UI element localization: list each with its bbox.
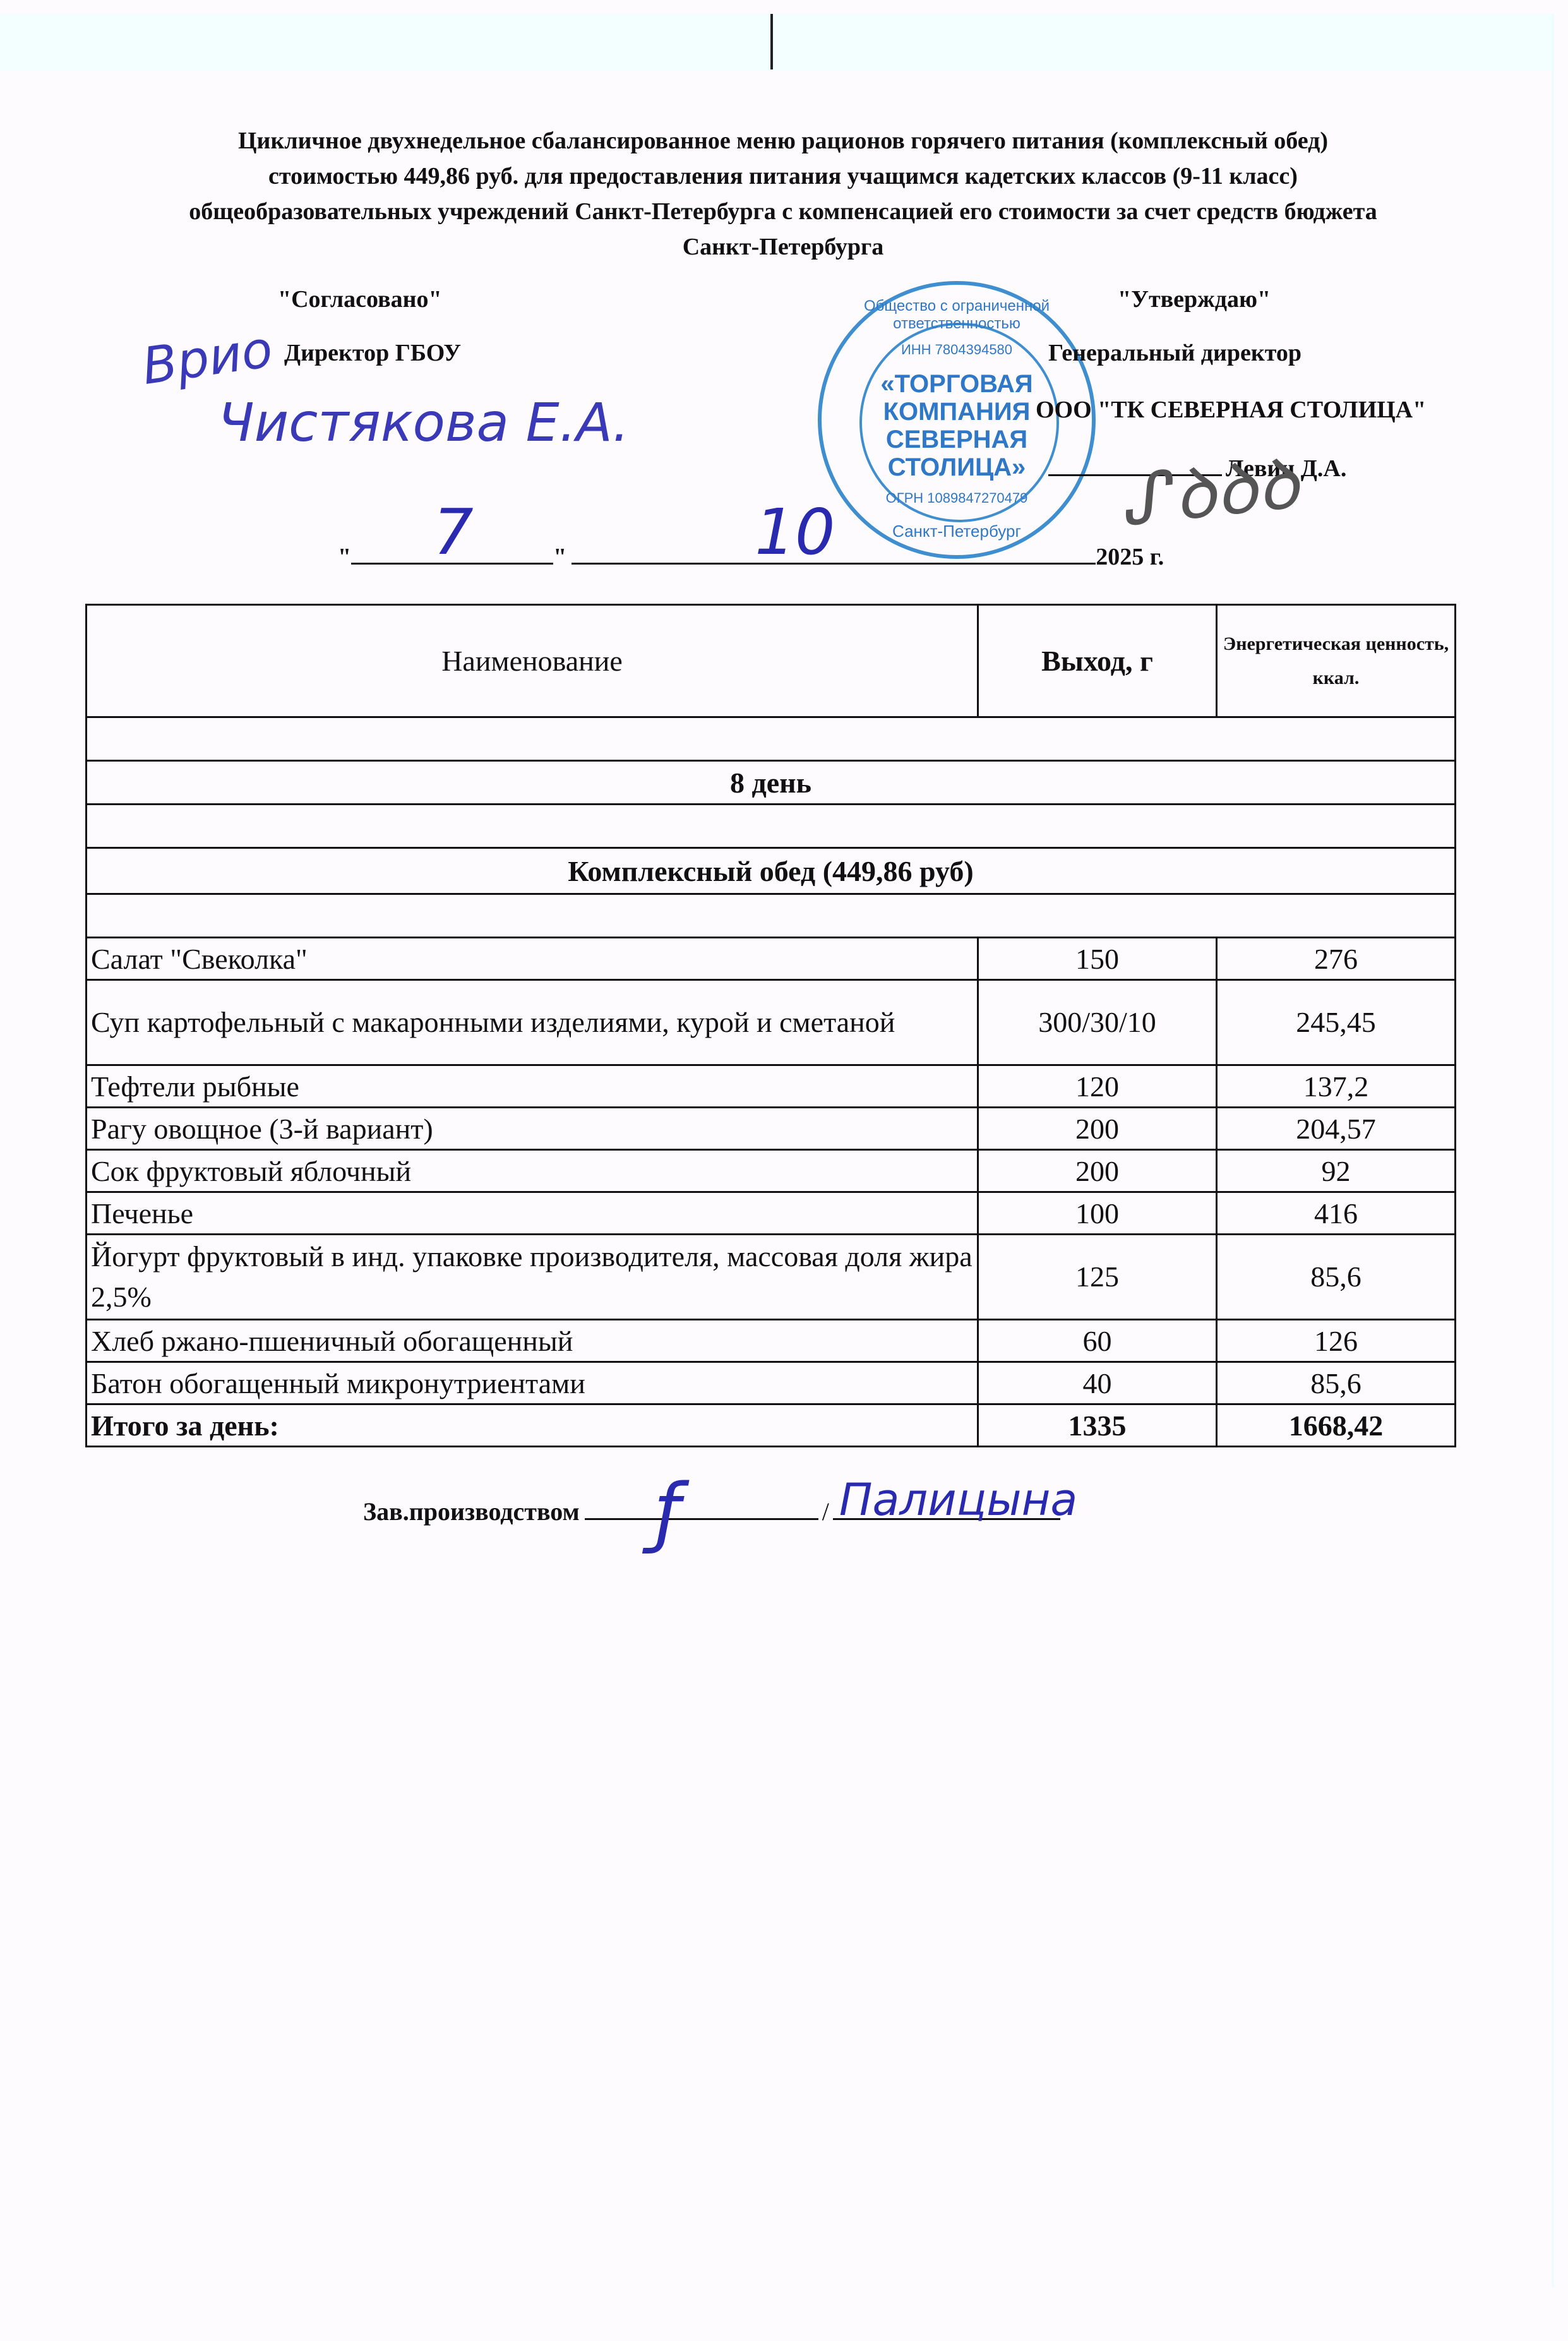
handwritten-levin-signature: ᔑꝺꝺꝺ: [1120, 433, 1303, 546]
dish-yield: 200: [978, 1108, 1217, 1150]
dish-yield: 40: [978, 1362, 1217, 1404]
stamp-ring-text: Общество с ограниченной ответственностью: [822, 297, 1092, 333]
footer-label: Зав.производством: [363, 1497, 580, 1526]
title-line-4: Санкт-Петербурга: [82, 229, 1484, 265]
day-label: 8 день: [87, 761, 1456, 805]
dish-yield: 120: [978, 1065, 1217, 1108]
table-row: Батон обогащенный микронутриентами 40 85…: [87, 1362, 1456, 1404]
dish-energy: 92: [1217, 1150, 1456, 1192]
total-yield: 1335: [978, 1404, 1217, 1447]
dish-yield: 60: [978, 1320, 1217, 1362]
dish-name: Суп картофельный с макаронными изделиями…: [87, 980, 978, 1065]
spacer-row: [87, 894, 1456, 938]
table-row: Суп картофельный с макаронными изделиями…: [87, 980, 1456, 1065]
fold-mark: [770, 14, 773, 69]
date-year: 2025 г.: [1096, 544, 1164, 570]
title-line-2: стоимостью 449,86 руб. для предоставлени…: [82, 159, 1484, 194]
header-name: Наименование: [87, 605, 978, 717]
dish-energy: 276: [1217, 938, 1456, 980]
approval-date: "7"102025 г.: [338, 543, 1164, 571]
stamp-ogrn: ОГРН 1089847270479: [822, 490, 1092, 506]
header-energy: Энергетическая ценность, ккал.: [1217, 605, 1456, 717]
approve-heading: "Утверждаю": [1118, 285, 1271, 313]
table-header-row: Наименование Выход, г Энергетическая цен…: [87, 605, 1456, 717]
scan-artifact-top: [0, 14, 1553, 71]
title-line-1: Цикличное двухнедельное сбалансированное…: [82, 123, 1484, 159]
date-day-field: 7: [351, 544, 553, 565]
approve-organization: ООО "ТК СЕВЕРНАЯ СТОЛИЦА": [1036, 396, 1426, 424]
footer-separator: /: [822, 1497, 829, 1526]
menu-table: Наименование Выход, г Энергетическая цен…: [85, 604, 1456, 1447]
dish-name: Сок фруктовый яблочный: [87, 1150, 978, 1192]
dish-energy: 204,57: [1217, 1108, 1456, 1150]
stamp-city: Санкт-Петербург: [822, 522, 1092, 541]
production-manager-signature: Зав.производствомƒ/Палицына: [363, 1497, 1060, 1526]
agreed-heading: "Согласовано": [278, 285, 442, 313]
handwritten-manager-signature: ƒ: [654, 1468, 681, 1556]
dish-name: Батон обогащенный микронутриентами: [87, 1362, 978, 1404]
dish-energy: 245,45: [1217, 980, 1456, 1065]
agreed-position: Директор ГБОУ: [284, 339, 461, 367]
table-row: Салат "Свеколка" 150 276: [87, 938, 1456, 980]
dish-name: Йогурт фруктовый в инд. упаковке произво…: [87, 1235, 978, 1320]
total-label: Итого за день:: [87, 1404, 978, 1447]
dish-energy: 85,6: [1217, 1362, 1456, 1404]
date-month-value: 10: [755, 495, 835, 569]
dish-energy: 126: [1217, 1320, 1456, 1362]
date-day-value: 7: [433, 495, 474, 569]
handwritten-vrio: Врио: [139, 320, 277, 396]
handwritten-manager-name: Палицына: [839, 1474, 1077, 1526]
approve-position: Генеральный директор: [1048, 339, 1302, 367]
table-row: Рагу овощное (3-й вариант) 200 204,57: [87, 1108, 1456, 1150]
dish-name: Салат "Свеколка": [87, 938, 978, 980]
table-row: Сок фруктовый яблочный 200 92: [87, 1150, 1456, 1192]
footer-name-line: Палицына: [833, 1499, 1060, 1520]
dish-yield: 150: [978, 938, 1217, 980]
header-yield: Выход, г: [978, 605, 1217, 717]
spacer-row: [87, 717, 1456, 761]
dish-yield: 200: [978, 1150, 1217, 1192]
dish-yield: 300/30/10: [978, 980, 1217, 1065]
dish-name: Хлеб ржано-пшеничный обогащенный: [87, 1320, 978, 1362]
table-row: Хлеб ржано-пшеничный обогащенный 60 126: [87, 1320, 1456, 1362]
dish-name: Тефтели рыбные: [87, 1065, 978, 1108]
day-row: 8 день: [87, 761, 1456, 805]
spacer-row: [87, 805, 1456, 848]
total-energy: 1668,42: [1217, 1404, 1456, 1447]
dish-name: Печенье: [87, 1192, 978, 1235]
dish-yield: 125: [978, 1235, 1217, 1320]
date-month-field: 10: [572, 544, 1096, 565]
dish-energy: 137,2: [1217, 1065, 1456, 1108]
handwritten-director-signature: Чистякова Е.А.: [218, 392, 630, 453]
table-row: Печенье 100 416: [87, 1192, 1456, 1235]
footer-signature-line: ƒ: [585, 1499, 818, 1520]
dish-energy: 85,6: [1217, 1235, 1456, 1320]
table-row: Йогурт фруктовый в инд. упаковке произво…: [87, 1235, 1456, 1320]
meal-label: Комплексный обед (449,86 руб): [87, 848, 1456, 894]
meal-row: Комплексный обед (449,86 руб): [87, 848, 1456, 894]
title-line-3: общеобразовательных учреждений Санкт-Пет…: [82, 194, 1484, 229]
table-row: Тефтели рыбные 120 137,2: [87, 1065, 1456, 1108]
dish-yield: 100: [978, 1192, 1217, 1235]
document-title: Цикличное двухнедельное сбалансированное…: [82, 123, 1484, 265]
dish-energy: 416: [1217, 1192, 1456, 1235]
scan-artifact-right: [1552, 14, 1554, 2287]
dish-name: Рагу овощное (3-й вариант): [87, 1108, 978, 1150]
total-row: Итого за день: 1335 1668,42: [87, 1404, 1456, 1447]
